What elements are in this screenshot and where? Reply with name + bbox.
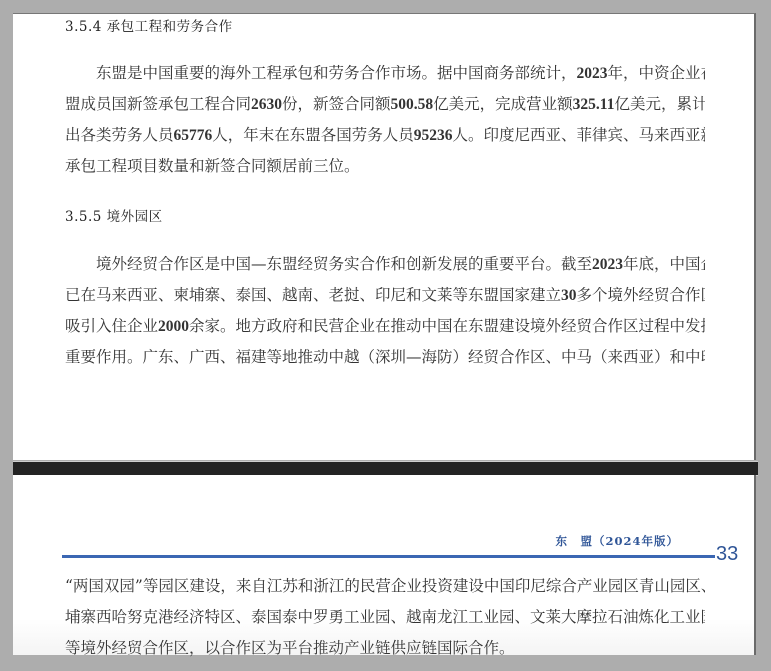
page-number: 33 [716, 543, 738, 566]
text-line: 吸引入住企业2000余家。地方政府和民营企业在推动中国在东盟建设境外经贸合作区过… [65, 311, 705, 342]
text-line: “两国双园”等园区建设，来自江苏和浙江的民营企业投资建设中国印尼综合产业园区青山… [65, 571, 705, 602]
text-line: 埔寨西哈努克港经济特区、泰国泰中罗勇工业园、越南龙江工业园、文莱大摩拉石油炼化工… [65, 602, 705, 633]
text-line: 重要作用。广东、广西、福建等地推动中越（深圳—海防）经贸合作区、中马（来西亚）和… [65, 342, 705, 373]
text-line: 等境外经贸合作区，以合作区为平台推动产业链供应链国际合作。 [65, 633, 705, 664]
section-heading-3-5-5: 3.5.5 境外园区 [65, 205, 163, 225]
header-rule [62, 555, 715, 558]
running-header: 东 盟（2024年版） [555, 533, 679, 549]
text-line: 境外经贸合作区是中国—东盟经贸务实合作和创新发展的重要平台。截至2023年底，中… [65, 249, 705, 280]
paragraph-contracting: 东盟是中国重要的海外工程承包和劳务合作市场。据中国商务部统计，2023年，中资企… [65, 58, 705, 182]
text-line: 承包工程项目数量和新签合同额居前三位。 [65, 151, 705, 182]
text-line: 出各类劳务人员65776人，年末在东盟各国劳务人员95236人。印度尼西亚、菲律… [65, 120, 705, 151]
text-line: 东盟是中国重要的海外工程承包和劳务合作市场。据中国商务部统计，2023年，中资企… [65, 58, 705, 89]
paragraph-overseas-parks: 境外经贸合作区是中国—东盟经贸务实合作和创新发展的重要平台。截至2023年底，中… [65, 249, 705, 373]
paragraph-continued: “两国双园”等园区建设，来自江苏和浙江的民营企业投资建设中国印尼综合产业园区青山… [65, 571, 705, 664]
section-heading-3-5-4: 3.5.4 承包工程和劳务合作 [65, 15, 233, 35]
page-separator [13, 461, 758, 476]
text-line: 盟成员国新签承包工程合同2630份，新签合同额500.58亿美元，完成营业额32… [65, 89, 705, 120]
text-line: 已在马来西亚、柬埔寨、泰国、越南、老挝、印尼和文莱等东盟国家建立30多个境外经贸… [65, 280, 705, 311]
